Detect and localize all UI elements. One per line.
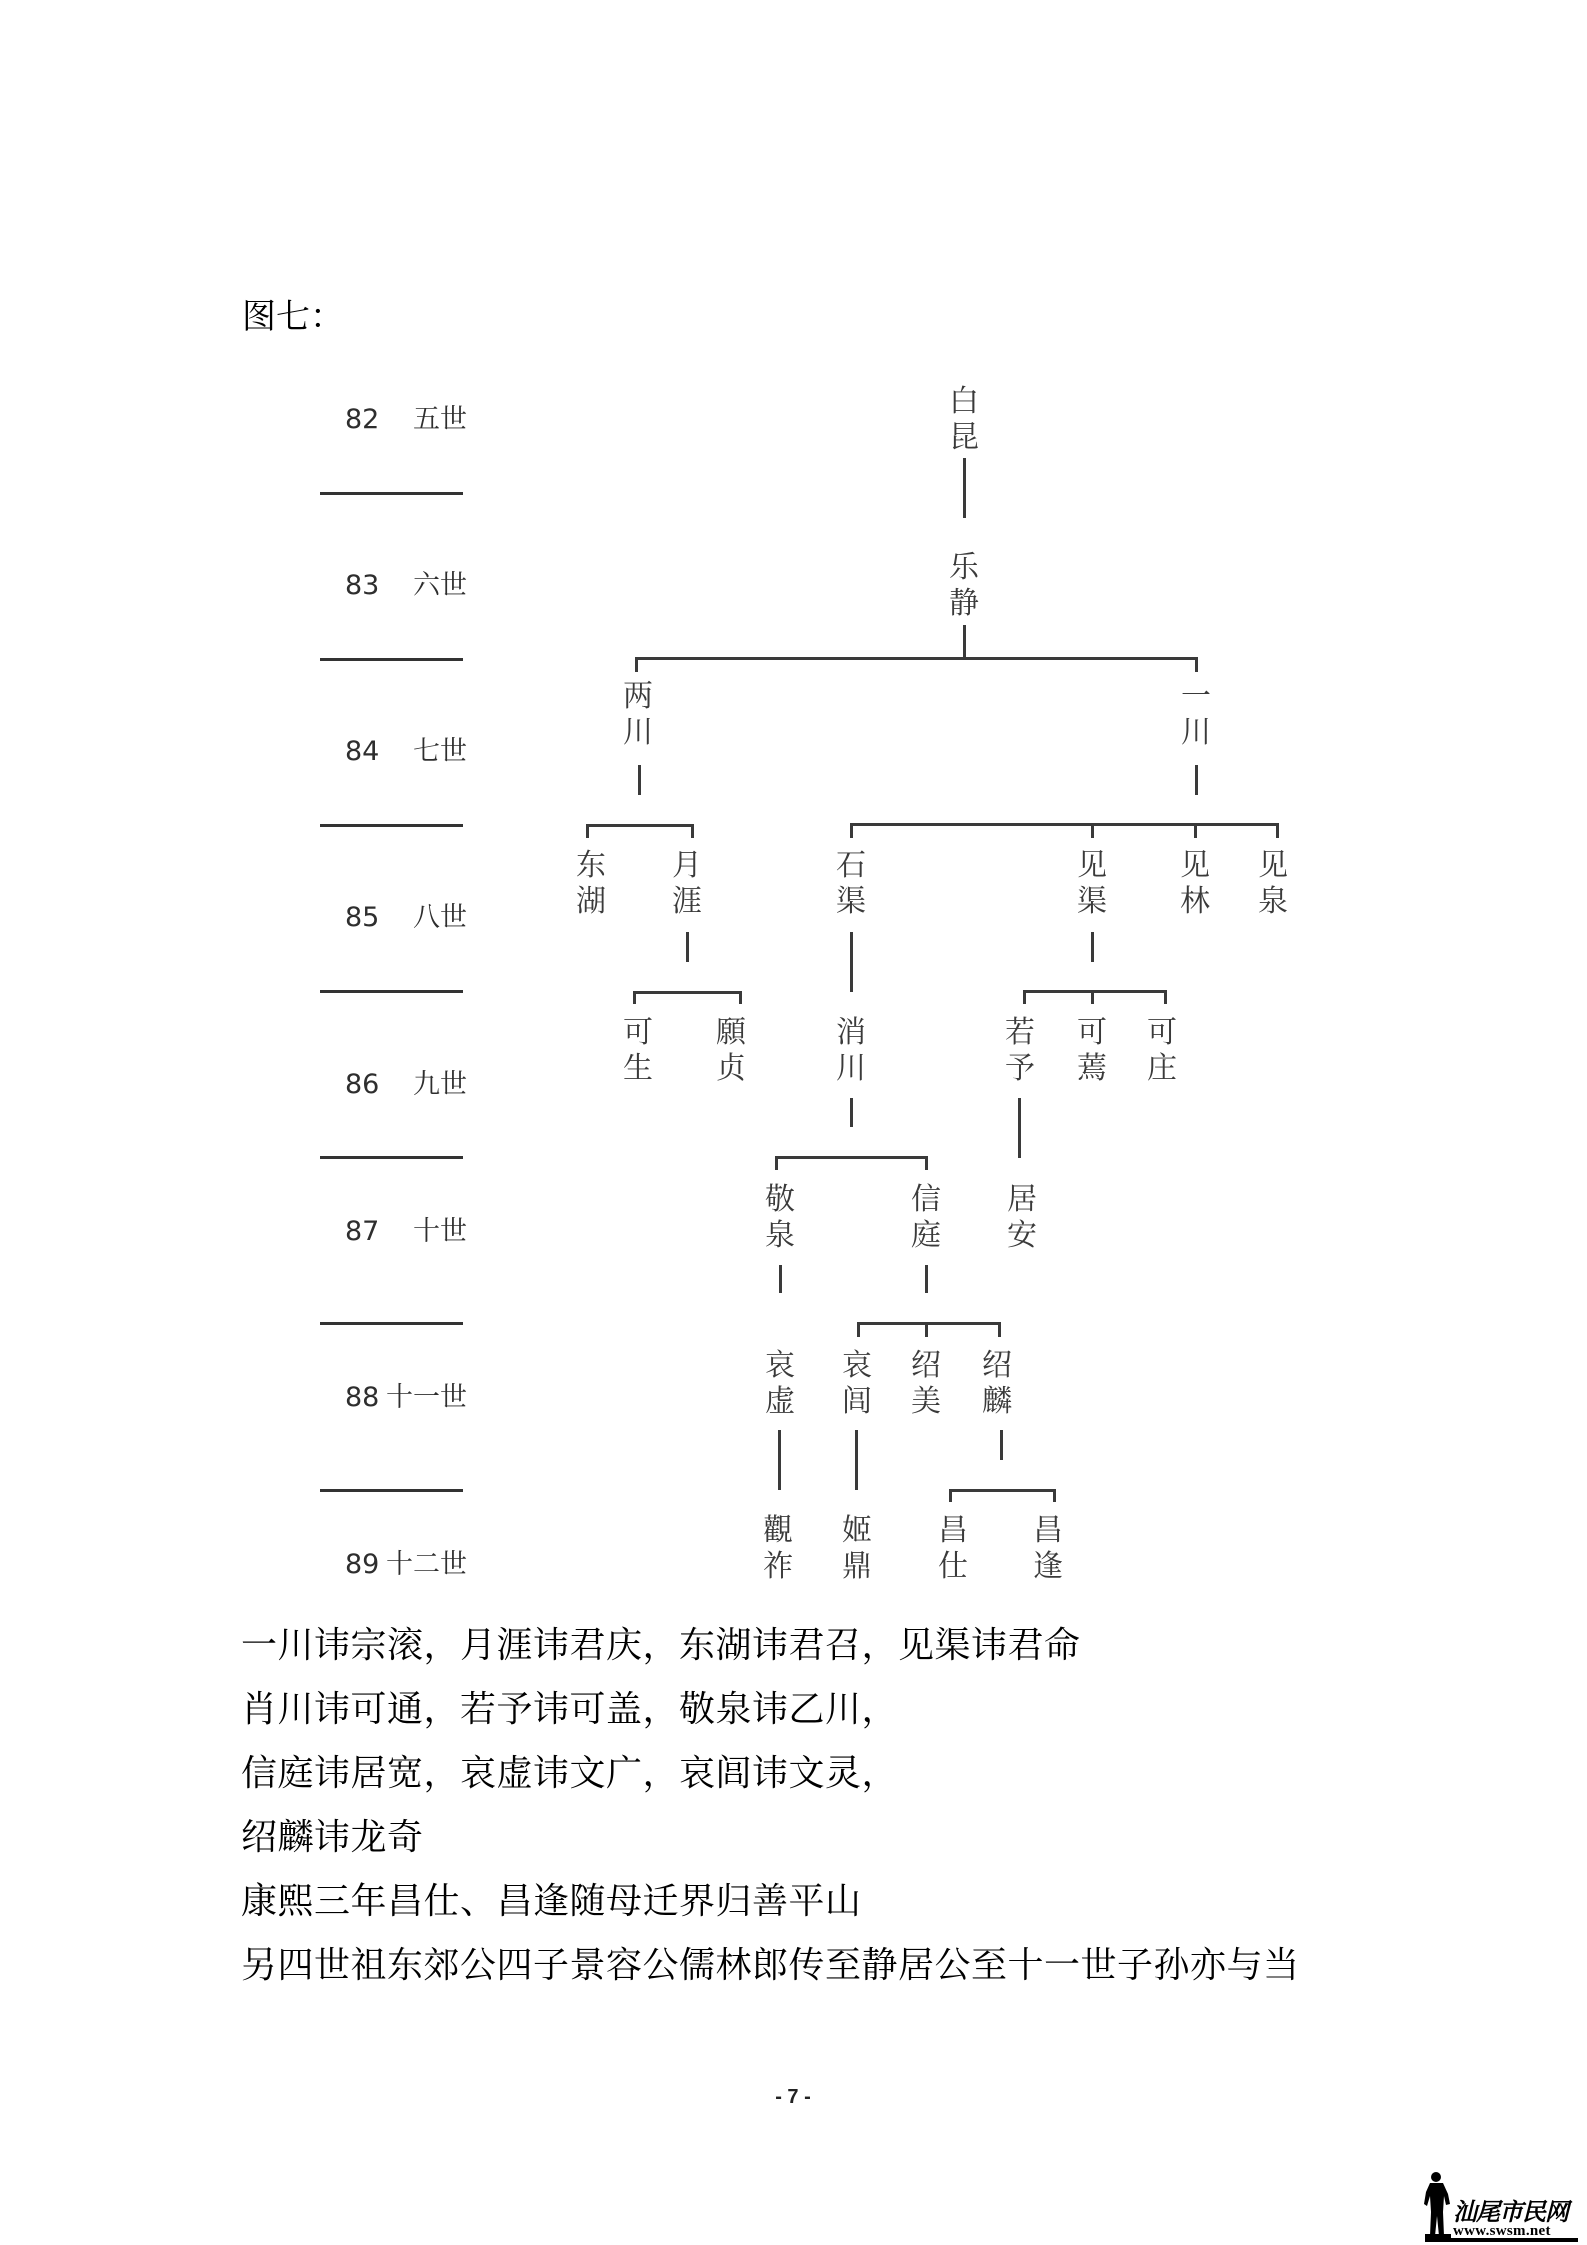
tree-stem — [1000, 1430, 1003, 1460]
tree-node: 见泉 — [1255, 848, 1291, 920]
tree-stem — [779, 1265, 782, 1293]
generation-number: 88 — [345, 1382, 379, 1414]
tree-node: 姬鼎 — [839, 1513, 875, 1585]
note-line: 信庭讳居宽，哀虚讳文广，哀闾讳文灵， — [241, 1742, 1441, 1806]
tree-branch-tick — [949, 1489, 952, 1502]
tree-node: 可庄 — [1144, 1015, 1180, 1087]
tree-branch-bar — [633, 991, 742, 994]
page-number: - 7 - — [743, 2086, 843, 2109]
generation-name: 十二世 — [386, 1549, 467, 1581]
tree-branch-bar — [586, 824, 694, 827]
generation-name: 七世 — [413, 736, 467, 768]
generation-label: 86九世 — [345, 1069, 467, 1101]
tree-branch-bar — [635, 657, 1198, 660]
note-line: 肖川讳可通，若予讳可盖，敬泉讳乙川， — [241, 1678, 1441, 1742]
tree-stem — [963, 458, 966, 518]
tree-node: 绍美 — [908, 1348, 944, 1420]
tree-stem — [1195, 765, 1198, 795]
generation-name: 九世 — [413, 1069, 467, 1101]
tree-branch-tick — [1091, 823, 1094, 838]
tree-branch-bar — [1023, 990, 1167, 993]
tree-branch-tick — [586, 824, 589, 838]
watermark-url: www.swsm.net — [1453, 2224, 1551, 2238]
generation-divider — [320, 824, 463, 827]
tree-node: 两川 — [620, 679, 656, 751]
generation-label: 82五世 — [345, 404, 467, 436]
tree-branch-bar — [850, 823, 1279, 826]
tree-branch-tick — [1164, 990, 1167, 1004]
tree-node: 可蔫 — [1074, 1015, 1110, 1087]
tree-branch-tick — [691, 824, 694, 838]
tree-branch-tick — [925, 1156, 928, 1170]
generation-number: 89 — [345, 1549, 379, 1581]
generation-label: 83六世 — [345, 570, 467, 602]
tree-branch-tick — [850, 823, 853, 838]
tree-stem — [778, 1430, 781, 1490]
generation-name: 十世 — [413, 1216, 467, 1248]
generation-divider — [320, 1156, 463, 1159]
generation-number: 83 — [345, 570, 379, 602]
tree-branch-tick — [1053, 1489, 1056, 1502]
notes-paragraph: 一川讳宗滚，月涯讳君庆，东湖讳君召，见渠讳君命 肖川讳可通，若予讳可盖，敬泉讳乙… — [241, 1614, 1441, 1998]
tree-stem — [850, 932, 853, 992]
tree-node: 见渠 — [1074, 848, 1110, 920]
tree-branch-tick — [925, 1322, 928, 1337]
tree-stem — [855, 1430, 858, 1490]
tree-node: 白昆 — [946, 384, 982, 456]
tree-branch-bar — [775, 1156, 928, 1159]
note-line: 康熙三年昌仕、昌逢随母迁界归善平山 — [241, 1870, 1441, 1934]
generation-number: 86 — [345, 1069, 379, 1101]
tree-node: 昌逢 — [1030, 1513, 1066, 1585]
tree-branch-tick — [857, 1322, 860, 1337]
tree-node: 乐静 — [946, 550, 982, 622]
tree-branch-tick — [739, 991, 742, 1004]
tree-stem — [963, 625, 966, 659]
note-line: 另四世祖东郊公四子景容公儒林郎传至静居公至十一世子孙亦与当 — [241, 1934, 1441, 1998]
tree-node: 哀闾 — [839, 1348, 875, 1420]
tree-node: 见林 — [1177, 848, 1213, 920]
tree-node: 敬泉 — [762, 1182, 798, 1254]
tree-branch-tick — [1195, 657, 1198, 672]
tree-stem — [925, 1265, 928, 1293]
tree-stem — [1018, 1098, 1021, 1158]
generation-label: 84七世 — [345, 736, 467, 768]
tree-branch-tick — [1023, 990, 1026, 1004]
generation-divider — [320, 1489, 463, 1492]
generation-label: 89十二世 — [345, 1549, 467, 1581]
tree-branch-tick — [1194, 823, 1197, 838]
generation-name: 八世 — [413, 902, 467, 934]
tree-stem — [638, 765, 641, 795]
generation-number: 82 — [345, 404, 379, 436]
tree-node: 一川 — [1178, 679, 1214, 751]
tree-node: 可生 — [620, 1015, 656, 1087]
watermark-site-name: 汕尾市民网 — [1453, 2198, 1568, 2226]
tree-branch-tick — [775, 1156, 778, 1170]
generation-name: 六世 — [413, 570, 467, 602]
tree-node: 觀祚 — [760, 1513, 796, 1585]
tree-branch-tick — [635, 657, 638, 672]
tree-node: 居安 — [1004, 1182, 1040, 1254]
generation-name: 五世 — [413, 404, 467, 436]
generation-divider — [320, 658, 463, 661]
tree-node: 月涯 — [669, 848, 705, 920]
generation-number: 87 — [345, 1216, 379, 1248]
tree-branch-bar — [949, 1489, 1056, 1492]
tree-branch-tick — [633, 991, 636, 1004]
watermark-underline — [1440, 2238, 1578, 2242]
tree-node: 绍麟 — [979, 1348, 1015, 1420]
watermark: 汕尾市民网 www.swsm.net — [1418, 2164, 1587, 2245]
note-line: 绍麟讳龙奇 — [241, 1806, 1441, 1870]
tree-branch-tick — [998, 1322, 1001, 1337]
generation-name: 十一世 — [386, 1382, 467, 1414]
tree-node: 昌仕 — [935, 1513, 971, 1585]
generation-number: 85 — [345, 902, 379, 934]
tree-branch-bar — [857, 1322, 1001, 1325]
tree-node: 消川 — [833, 1015, 869, 1087]
tree-node: 石渠 — [833, 848, 869, 920]
tree-node: 哀虚 — [762, 1348, 798, 1420]
generation-divider — [320, 990, 463, 993]
tree-branch-tick — [1091, 990, 1094, 1004]
tree-node: 願贞 — [713, 1015, 749, 1087]
tree-node: 东湖 — [573, 848, 609, 920]
generation-divider — [320, 492, 463, 495]
figure-title: 图七： — [242, 298, 344, 336]
tree-node: 若予 — [1002, 1015, 1038, 1087]
tree-stem — [850, 1098, 853, 1127]
generation-label: 87十世 — [345, 1216, 467, 1248]
document-page: 图七： 82五世 83六世 84七世 85八世 86九世 87十世 88十一世 … — [0, 0, 1587, 2245]
generation-label: 88十一世 — [345, 1382, 467, 1414]
tree-branch-tick — [1276, 823, 1279, 838]
generation-label: 85八世 — [345, 902, 467, 934]
tree-node: 信庭 — [908, 1182, 944, 1254]
generation-divider — [320, 1322, 463, 1325]
tree-stem — [686, 932, 689, 962]
generation-number: 84 — [345, 736, 379, 768]
note-line: 一川讳宗滚，月涯讳君庆，东湖讳君召，见渠讳君命 — [241, 1614, 1441, 1678]
tree-stem — [1091, 932, 1094, 962]
